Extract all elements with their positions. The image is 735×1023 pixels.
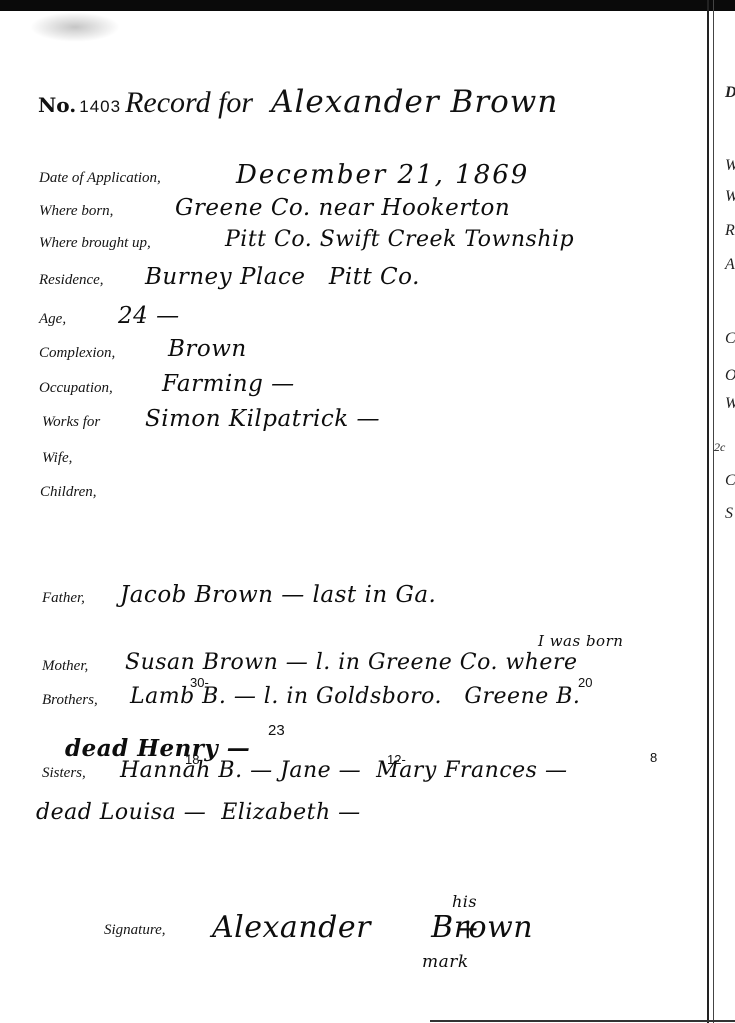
label-children: Children, <box>40 484 97 501</box>
scan-smudge <box>30 12 120 42</box>
label-complexion: Complexion, <box>39 345 115 362</box>
next-page-fragment: O <box>725 367 735 385</box>
page-divider-line <box>707 0 709 1023</box>
next-page-fragment: D <box>725 84 735 102</box>
label-occupation: Occupation, <box>39 380 113 397</box>
value-signature: Alexander Brown <box>212 910 533 945</box>
record-title: No. 1403 Record for Alexander Brown <box>38 84 558 120</box>
value-sisters-line2: dead Louisa — Elizabeth — <box>36 800 361 825</box>
label-sisters: Sisters, <box>42 765 86 782</box>
next-page-fragment: W <box>725 188 735 206</box>
next-page-fragment: S <box>725 505 733 523</box>
value-occupation: Farming — <box>162 371 295 397</box>
value-residence: Burney Place Pitt Co. <box>145 264 420 290</box>
label-age: Age, <box>39 311 66 328</box>
next-page-fragment: 2c <box>714 440 725 455</box>
bottom-rule <box>430 1020 735 1022</box>
label-signature: Signature, <box>104 922 166 939</box>
label-date-of-application: Date of Application, <box>39 170 161 187</box>
scan-top-edge <box>0 0 735 11</box>
signature-mark-label: mark <box>422 952 469 972</box>
label-where-born: Where born, <box>39 203 113 220</box>
next-page-fragment: A <box>725 256 735 274</box>
value-complexion: Brown <box>168 336 247 362</box>
mother-insertion-note: I was born <box>538 632 623 650</box>
next-page-fragment: W <box>725 157 735 175</box>
value-father: Jacob Brown — last in Ga. <box>120 582 436 608</box>
record-number-prefix: No. <box>38 93 76 117</box>
label-mother: Mother, <box>42 658 88 675</box>
page-divider-line-inner <box>713 0 714 1023</box>
value-age: 24 — <box>118 303 180 329</box>
brother-henry-age: 23 <box>268 722 285 739</box>
label-brothers: Brothers, <box>42 692 98 709</box>
label-father: Father, <box>42 590 85 607</box>
record-name: Alexander Brown <box>271 84 558 120</box>
record-for-label: Record for <box>125 86 253 120</box>
label-where-brought-up: Where brought up, <box>39 235 151 252</box>
signature-mark-cross: + <box>456 912 480 945</box>
sister-jane-age: 12- <box>387 752 406 767</box>
value-works-for: Simon Kilpatrick — <box>145 406 380 432</box>
label-wife: Wife, <box>42 450 72 467</box>
value-date-of-application: December 21, 1869 <box>236 160 529 190</box>
signature-his: his <box>452 892 477 911</box>
value-where-born: Greene Co. near Hookerton <box>175 195 510 221</box>
record-number: 1403 <box>79 97 121 117</box>
next-page-fragment: C <box>725 472 735 490</box>
label-residence: Residence, <box>39 272 104 289</box>
label-works-for: Works for <box>42 414 100 431</box>
brother-greene-age: 20 <box>578 675 592 690</box>
next-page-fragment: R <box>725 222 735 240</box>
next-page-fragment: W <box>725 395 735 413</box>
value-mother: Susan Brown — l. in Greene Co. where <box>125 650 578 675</box>
value-where-brought-up: Pitt Co. Swift Creek Township <box>225 227 574 252</box>
sister-mary-frances-age: 8 <box>650 750 657 765</box>
brother-lamb-age: 30- <box>190 675 209 690</box>
next-page-fragment: C <box>725 330 735 348</box>
sister-hannah-age: 18 <box>185 752 199 767</box>
